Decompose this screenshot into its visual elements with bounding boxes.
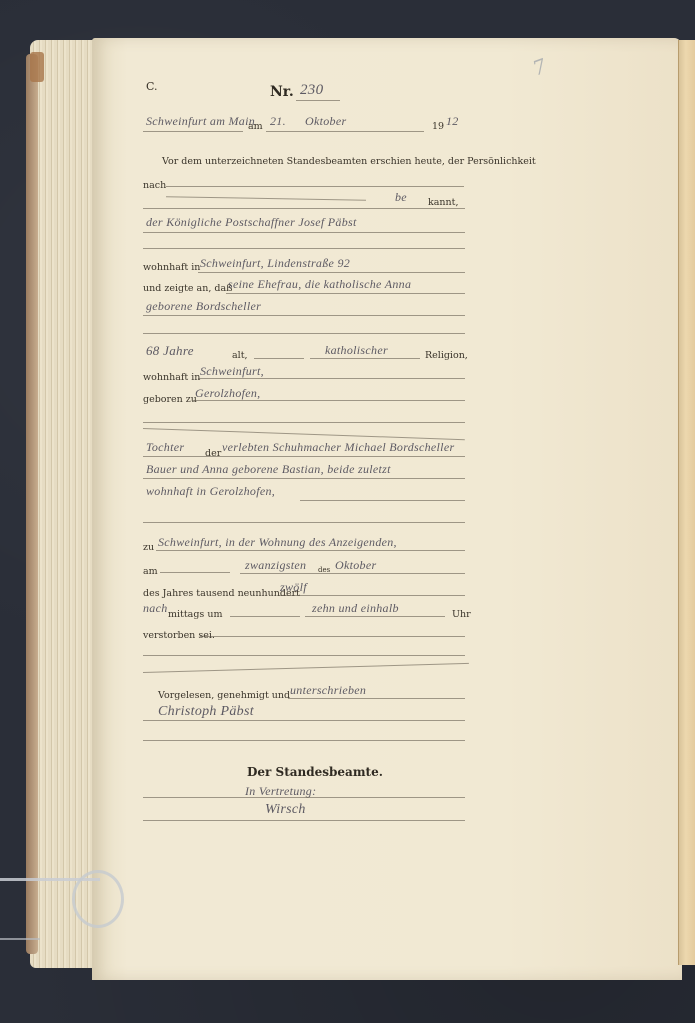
- geboren-label: geboren zu: [143, 394, 197, 405]
- deceased-line-1: seine Ehefrau, die katholische Anna: [228, 277, 411, 292]
- religion: katholischer: [325, 343, 388, 358]
- age: 68 Jahre: [146, 343, 194, 359]
- entry-number: 230: [300, 82, 323, 99]
- zu-label: zu: [143, 542, 154, 553]
- informant-signature: Christoph Päbst: [158, 704, 254, 720]
- year-prefix: 19: [432, 121, 444, 132]
- parents-line-1: verlebten Schuhmacher Michael Bordschell…: [222, 440, 454, 455]
- kannt-label: kannt,: [428, 197, 459, 208]
- death-time: zehn und einhalb: [312, 601, 399, 616]
- deceased-residence: Schweinfurt,: [200, 364, 264, 379]
- religion-label: Religion,: [425, 350, 468, 361]
- uhr-label: Uhr: [452, 609, 471, 620]
- register-entry: C. Nr. 230 Schweinfurt am Main am 21. Ok…: [0, 0, 695, 1023]
- form-letter: C.: [146, 80, 158, 93]
- vorgelesen-label: Vorgelesen, genehmigt und: [158, 690, 290, 701]
- intro-text: Vor dem unterzeichneten Standesbeamten e…: [162, 156, 536, 167]
- death-month: Oktober: [335, 558, 376, 573]
- string-strand-2: [0, 938, 40, 940]
- am-label: am: [248, 121, 263, 132]
- parents-line-2: Bauer und Anna geborene Bastian, beide z…: [146, 462, 391, 477]
- mittags-label: mittags um: [168, 609, 222, 620]
- wohnhaft-label: wohnhaft in: [143, 262, 200, 273]
- number-label: Nr.: [270, 84, 294, 100]
- und-zeigte-label: und zeigte an, daß: [143, 283, 232, 294]
- informant-residence: Schweinfurt, Lindenstraße 92: [200, 256, 350, 271]
- signed-value: unterschrieben: [290, 683, 366, 698]
- informant-name: der Königliche Postschaffner Josef Päbst: [146, 215, 357, 230]
- parents-line-3: wohnhaft in Gerolzhofen,: [146, 484, 275, 499]
- registrar-heading: Der Standesbeamte.: [247, 765, 383, 779]
- string-loop: [72, 870, 124, 928]
- alt-label: alt,: [232, 350, 248, 361]
- deceased-line-2: geborene Bordscheller: [146, 299, 261, 314]
- parents-der: der: [205, 448, 221, 459]
- parents-tochter: Tochter: [146, 440, 184, 455]
- death-day: zwanzigsten: [245, 558, 306, 573]
- jahres-label: des Jahres tausend neunhundert: [143, 588, 300, 599]
- kannt-prefix: be: [395, 190, 407, 205]
- time-prefix: nach: [143, 601, 168, 616]
- day: 21.: [270, 114, 286, 129]
- death-place: Schweinfurt, in der Wohnung des Anzeigen…: [158, 535, 397, 550]
- am-label-2: am: [143, 566, 158, 577]
- death-year: zwölf: [280, 580, 307, 595]
- birthplace: Gerolzhofen,: [195, 386, 260, 401]
- deceased-wohnhaft-label: wohnhaft in: [143, 372, 200, 383]
- month: Oktober: [305, 114, 346, 129]
- year-suffix: 12: [446, 114, 459, 129]
- registrar-signature: Wirsch: [265, 802, 306, 818]
- place: Schweinfurt am Main: [146, 114, 255, 129]
- nach-label: nach: [143, 180, 166, 191]
